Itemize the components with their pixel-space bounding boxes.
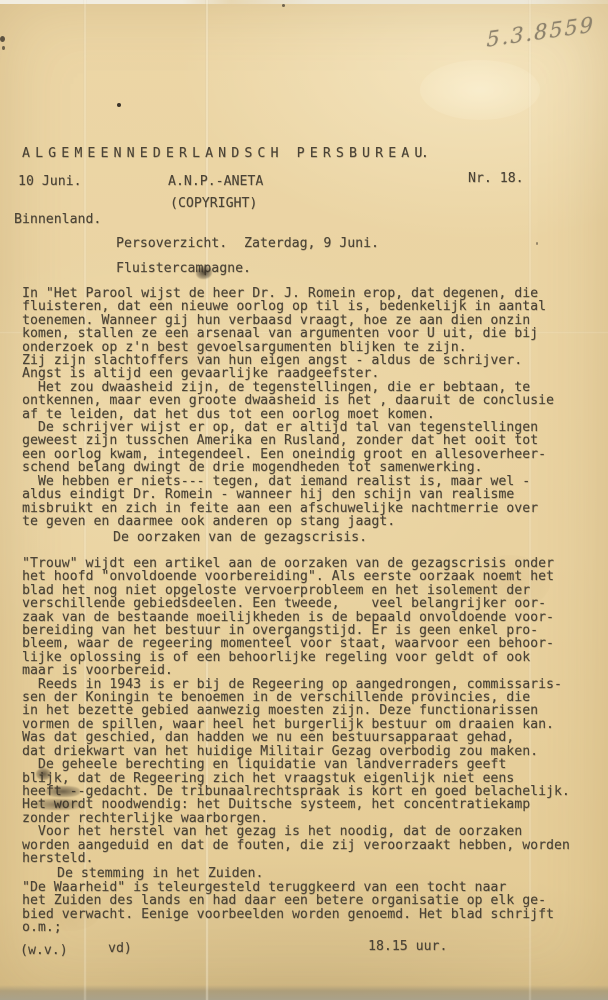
editor-initials-left: (w.v.) [20,944,68,957]
scan-top-edge [0,0,608,4]
copyright-notice: (COPYRIGHT) [170,197,257,210]
article-body: "De Waarheid" is teleurgesteld teruggkee… [22,881,554,935]
article-body: In "Het Parool wijst de heer Dr. J. Rome… [22,287,554,528]
handwritten-archive-number: 5.3.8559 [487,12,595,51]
ink-speck [282,4,285,7]
section-label: Binnenland. [14,213,101,226]
article-heading: De stemming in het Zuiden. [57,867,263,880]
article-body: "Trouw" wijdt een artikel aan de oorzake… [22,557,570,865]
article-heading: Fluistercampagne. [116,262,251,275]
ink-speck [0,36,5,42]
press-credit: A.N.P.-ANETA [168,175,263,188]
ink-speck [536,242,538,245]
review-title: Persoverzicht. [116,237,227,250]
scan-bottom-edge [0,985,608,1000]
paper-light-patch [420,60,540,120]
review-date: Zaterdag, 9 Juni. [244,237,379,250]
ink-speck [117,103,121,107]
agency-title: A L G E M E E N N E D E R L A N D S C H … [22,147,427,160]
document-scan: 5.3.8559 A L G E M E E N N E D E R L A N… [0,0,608,1000]
issue-date: 10 Juni. [18,175,82,188]
time-stamp: 18.15 uur. [368,940,447,953]
editor-initials-mid: vd) [108,942,132,955]
article-heading: De oorzaken van de gezagscrisis. [113,531,367,544]
ink-speck [2,46,5,50]
issue-number: Nr. 18. [468,172,524,185]
